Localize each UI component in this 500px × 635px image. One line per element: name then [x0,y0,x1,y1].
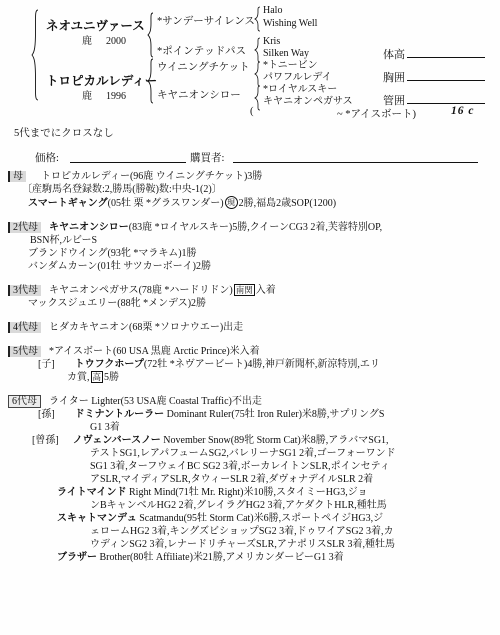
entry-text: ノヴェンバースノー November Snow(89牝 Storm Cat)米8… [73,435,396,485]
descendant-entry: [孫]ドミナントルーラー Dominant Ruler(75牡 Iron Rul… [0,408,500,434]
text-run: ェロームHG2 3着,キングズビショップSG2 3着,ドゥワイアSG2 3着,カ [90,526,394,537]
foal-entry: バンダムカーン(01牡 サツカーボーイ)2勝 [0,260,500,273]
sire-brace [146,12,154,58]
entry-text: ドミナントルーラー Dominant Ruler(75牡 Iron Ruler)… [75,409,385,433]
text-run: 5勝 [104,372,119,383]
sire-coat-year: 鹿2000 [82,32,126,47]
text-run: Scatmandu(95牡 Storm Cat)米6勝,スポートペイジHG3,ジ [137,513,383,524]
sire-sire-name: *サンデーサイレンス [157,13,255,28]
boxed-mark: 南関 [234,284,255,296]
entry-text: *アイスボート(60 USA 黒鹿 Arctic Prince)米入着 [49,346,260,357]
entry-text: スマートギャング(05牡 栗 *グラスワンダー)現2勝,福島2歳SOP(1200… [28,198,336,209]
female-family-section: 母トロピカルレディー(96鹿 ウイニングチケット)3勝 〔産駒馬名登録数:2,勝… [0,170,500,564]
dam-year: 1996 [106,91,126,102]
circled-mark: 現 [225,196,238,209]
horse-name-bold: ライトマインド [57,487,127,498]
text-run: G1 3着 [90,422,120,433]
descendant-entry: [子]トウフクホープ(72牡 *ネヴアービート)4勝,神戸新聞杯,新涼特別,エリ… [0,358,500,384]
catalog-page: ネオユニヴァース 鹿2000 *サンデーサイレンス *ポインテッドパス トロピカ… [0,0,500,635]
dam-sire-name: ウイニングチケット [157,59,250,74]
horse-name-bold: キヤニオンシロー [49,222,129,233]
entry-text: バンダムカーン(01牡 サツカーボーイ)2勝 [28,261,211,272]
relation-label: [子] [38,359,55,370]
dam-coat: 鹿 [82,91,92,102]
generation-label: 3代母 [8,285,41,296]
text-run: ンBキャンベルHG2 2着,グレイラグHG2 3着,アケダクトHLR,種牡馬 [90,500,387,511]
horse-name-bold: ノヴェンバースノー [73,435,161,446]
dam-entry: 母トロピカルレディー(96鹿 ウイニングチケット)3勝 [0,170,500,183]
gp-name: Wishing Well [263,18,317,30]
entry-text: トロピカルレディー(96鹿 ウイニングチケット)3勝 [41,171,262,182]
dam-brace [146,58,154,104]
dam-dam-name: キヤニオンシロー [157,87,241,102]
gp-brace-4 [253,85,261,111]
text-run: Brother(80牡 Affiliate)米21勝,アメリカンダービーG1 3… [97,552,344,563]
family-number: 16 c [451,105,474,117]
relation-label: [孫] [38,409,55,420]
entry-text: ヒダカキヤニオン(68栗 *ソロナウエー)出走 [49,322,243,333]
family-open-paren: ( [250,106,254,117]
gp-brace-3 [253,61,261,87]
sixth-dam-entry: 6代母ライター Lighter(53 USA鹿 Coastal Traffic)… [0,395,500,408]
dam-coat-year: 鹿1996 [82,87,126,102]
descendant-entry: ライトマインド Right Mind(71牡 Mr. Right)米10勝,スタ… [0,486,500,512]
cannon-blank-line [407,92,485,104]
horse-name-bold: トウフクホープ [75,359,144,370]
second-dam-entry: 2代母キヤニオンシロー(83鹿 *ロイヤルスキー)5勝,クイーンCG3 2着,芙… [0,221,500,247]
descendant-entry: [曾孫]ノヴェンバースノー November Snow(89牝 Storm Ca… [0,434,500,486]
gp-brace-1 [253,6,261,32]
cross-note: 5代までにクロスなし [14,125,114,140]
horse-name-bold: スマートギャング [28,198,108,209]
foal-entry: ブランドウイング(93牝 *マラキム)1勝 [0,247,500,260]
price-blank-line [70,150,186,163]
fifth-dam-entry: 5代母*アイスボート(60 USA 黒鹿 Arctic Prince)米入着 [0,345,500,358]
text-run: 2勝,福島2歳SOP(1200) [239,198,337,209]
pedigree-outer-brace [30,9,39,101]
entry-text: マックスジュエリー(88牝 *メンデス)2勝 [28,298,206,309]
entry-text: ライター Lighter(53 USA鹿 Coastal Traffic)不出走 [49,396,262,407]
entry-text: ライトマインド Right Mind(71牡 Mr. Right)米10勝,スタ… [57,487,387,511]
text-run: ブランドウイング(93牝 *マラキム)1勝 [28,248,197,259]
descendant-entry: スキャトマンデュ Scatmandu(95牡 Storm Cat)米6勝,スポー… [0,512,500,551]
entry-text: 〔産駒馬名登録数:2,勝馬(勝鞍)数:中央-1(2)〕 [22,184,222,195]
entry-text: キヤニオンシロー(83鹿 *ロイヤルスキー)5勝,クイーンCG3 2着,芙蓉特別… [30,222,382,246]
descendant-entry: ブラザー Brother(80牡 Affiliate)米21勝,アメリカンダービ… [0,551,500,564]
text-run: アSLR,マイディアSLR,タウィーSLR 2着,ダヴォナデイルSLR 2着 [90,474,373,485]
text-run: テストSG1,レアパフュームSG2,バレリーナSG1 2着,ゴーフォーワンド [90,448,396,459]
generation-label: 6代母 [8,395,41,408]
fourth-dam-entry: 4代母ヒダカキヤニオン(68栗 *ソロナウエー)出走 [0,321,500,334]
pedigree-chart: ネオユニヴァース 鹿2000 *サンデーサイレンス *ポインテッドパス トロピカ… [0,0,500,125]
generation-label: 5代母 [8,346,41,357]
text-run: SG1 3着,ターフウェイBC SG2 3着,ボーカレイトンSLR,ポインセティ [90,461,390,472]
text-run: Right Mind(71牡 Mr. Right)米10勝,スタイミーHG3,ジ… [127,487,368,498]
family-tail: ~ *アイスボート) [337,106,416,121]
text-run: (05牡 栗 *グラスワンダー) [108,198,224,209]
buyer-label: 購買者: [190,150,224,165]
generation-label: 4代母 [8,322,41,333]
measurement-chest: 胸囲 [383,69,485,85]
gp-name: パワフルレデイ [263,72,332,84]
chest-blank-line [407,69,485,81]
gp-name: Halo [263,5,282,17]
text-run: Dominant Ruler(75牡 Iron Ruler)米8勝,サプリングS [164,409,384,420]
foal-entry: スマートギャング(05牡 栗 *グラスワンダー)現2勝,福島2歳SOP(1200… [0,196,500,210]
horse-name-bold: ドミナントルーラー [75,409,165,420]
entry-text: スキャトマンデュ Scatmandu(95牡 Storm Cat)米6勝,スポー… [57,513,395,550]
sire-dam-name: *ポインテッドパス [157,43,246,58]
price-label: 価格: [35,150,59,165]
text-run: (83鹿 *ロイヤルスキー)5勝,クイーンCG3 2着,芙蓉特別OP, [129,222,382,233]
text-run: カ賞, [67,372,90,383]
text-run: November Snow(89牝 Storm Cat)米8勝,アラバマSG1, [161,435,389,446]
height-label: 体高 [383,49,405,61]
text-run: 〔産駒馬名登録数:2,勝馬(勝鞍)数:中央-1(2)〕 [22,184,222,195]
text-run: 入着 [256,285,276,296]
boxed-mark: 高 [91,371,104,383]
text-run: (72牡 *ネヴアービート)4勝,神戸新聞杯,新涼特別,エリ [144,359,380,370]
relation-label: [曾孫] [32,435,59,446]
text-run: *アイスボート(60 USA 黒鹿 Arctic Prince)米入着 [49,346,260,357]
generation-label: 2代母 [8,222,41,233]
produce-record: 〔産駒馬名登録数:2,勝馬(勝鞍)数:中央-1(2)〕 [0,183,500,196]
gp-name: *ロイヤルスキー [263,84,337,96]
third-dam-entry: 3代母キヤニオンペガサス(78鹿 *ハードリドン)南関入着 [0,284,500,297]
gp-name: *トニービン [263,60,318,72]
measurement-height: 体高 [383,46,485,62]
gp-name: Silken Way [263,48,309,60]
foal-entry: マックスジュエリー(88牝 *メンデス)2勝 [0,297,500,310]
chest-label: 胸囲 [383,72,405,84]
entry-text: ブランドウイング(93牝 *マラキム)1勝 [28,248,197,259]
horse-name-bold: スキャトマンデュ [57,513,137,524]
gp-name: Kris [263,36,280,48]
entry-text: ブラザー Brother(80牡 Affiliate)米21勝,アメリカンダービ… [57,552,344,563]
text-run: バンダムカーン(01牡 サツカーボーイ)2勝 [28,261,211,272]
sire-coat: 鹿 [82,36,92,47]
horse-name-bold: ブラザー [57,552,97,563]
generation-label: 母 [8,171,26,182]
text-run: ウディンSG2 3着,レナードリチャーズSLR,アナポリスSLR 3着,種牡馬 [90,539,395,550]
text-run: トロピカルレディー(96鹿 ウイニングチケット)3勝 [41,171,262,182]
entry-text: トウフクホープ(72牡 *ネヴアービート)4勝,神戸新聞杯,新涼特別,エリカ賞,… [67,359,380,383]
text-run: マックスジュエリー(88牝 *メンデス)2勝 [28,298,206,309]
text-run: ヒダカキヤニオン(68栗 *ソロナウエー)出走 [49,322,243,333]
text-run: キヤニオンペガサス(78鹿 *ハードリドン) [49,285,233,296]
sire-year: 2000 [106,36,126,47]
text-run: BSN杯,ルビーS [30,235,97,246]
entry-text: キヤニオンペガサス(78鹿 *ハードリドン)南関入着 [49,285,276,296]
height-blank-line [407,46,485,58]
gp-brace-2 [253,37,261,63]
text-run: ライター Lighter(53 USA鹿 Coastal Traffic)不出走 [49,396,262,407]
buyer-blank-line [233,150,478,163]
